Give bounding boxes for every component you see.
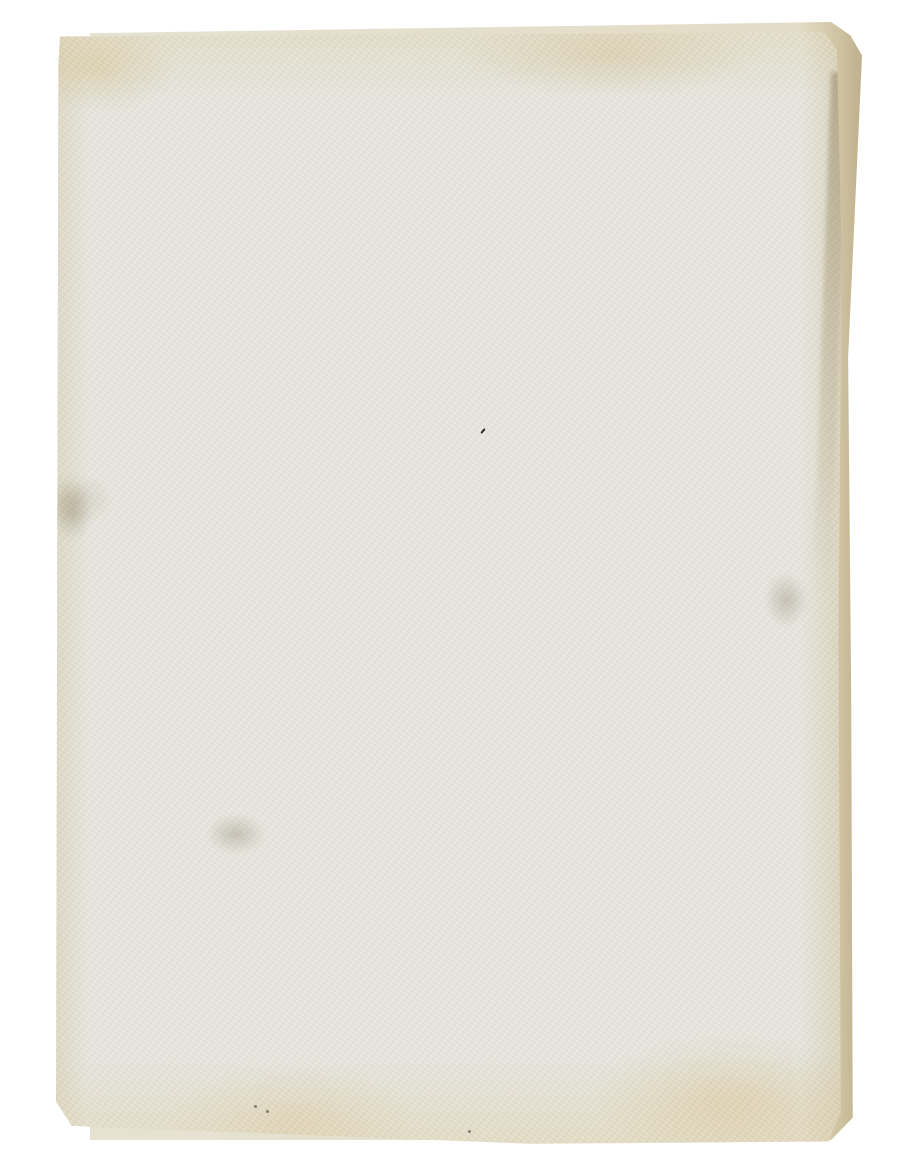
bottom-dot: [254, 1105, 257, 1108]
page-canvas: [0, 0, 900, 1172]
center-speck: [480, 428, 485, 434]
left-edge-smudge: [52, 482, 92, 542]
bottom-dot: [266, 1110, 269, 1113]
paper-texture: [56, 32, 848, 1146]
bottom-dot: [468, 1130, 471, 1133]
right-edge-smudge: [764, 572, 808, 628]
paper-sheet: [56, 32, 848, 1146]
lower-left-smudge: [206, 814, 266, 854]
